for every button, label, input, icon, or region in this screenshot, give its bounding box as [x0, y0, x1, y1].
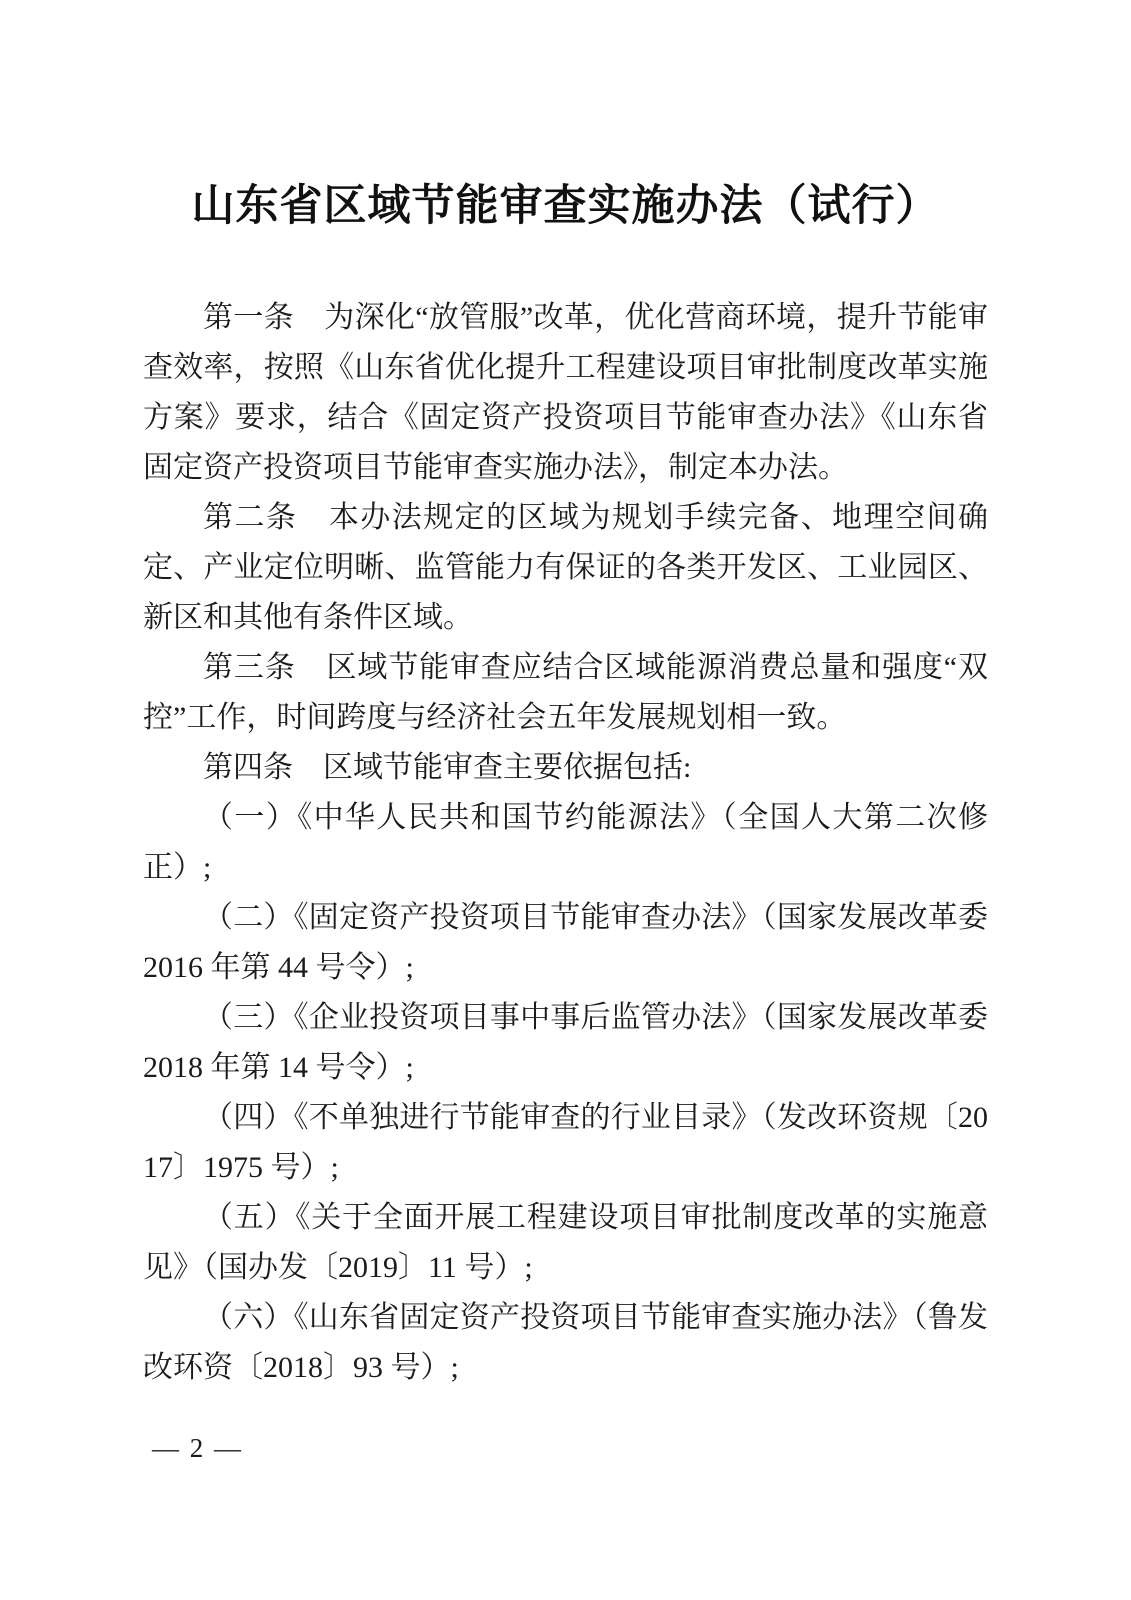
list-item-5: （五）《关于全面开展工程建设项目审批制度改革的实施意见》（国办发〔2019〕11… [143, 1193, 988, 1293]
document-title: 山东省区域节能审查实施办法（试行） [0, 176, 1131, 238]
list-item-6: （六）《山东省固定资产投资项目节能审查实施办法》（鲁发改环资〔2018〕93 号… [143, 1293, 988, 1393]
document-page: 山东省区域节能审查实施办法（试行） 第一条 为深化“放管服”改革，优化营商环境，… [0, 0, 1131, 1600]
list-item-2: （二）《固定资产投资项目节能审查办法》（国家发展改革委 2016 年第 44 号… [143, 893, 988, 993]
list-item-3: （三）《企业投资项目事中事后监管办法》（国家发展改革委 2018 年第 14 号… [143, 993, 988, 1093]
paragraph-article-4: 第四条 区域节能审查主要依据包括: [143, 743, 988, 793]
list-item-4: （四）《不单独进行节能审查的行业目录》（发改环资规〔2017〕1975 号）; [143, 1093, 988, 1193]
page-number: — 2 — [152, 1428, 243, 1468]
list-item-1: （一）《中华人民共和国节约能源法》（全国人大第二次修正）; [143, 793, 988, 893]
paragraph-article-1: 第一条 为深化“放管服”改革，优化营商环境，提升节能审查效率，按照《山东省优化提… [143, 293, 988, 493]
paragraph-article-2: 第二条 本办法规定的区域为规划手续完备、地理空间确定、产业定位明晰、监管能力有保… [143, 493, 988, 643]
paragraph-article-3: 第三条 区域节能审查应结合区域能源消费总量和强度“双控”工作，时间跨度与经济社会… [143, 643, 988, 743]
document-body: 第一条 为深化“放管服”改革，优化营商环境，提升节能审查效率，按照《山东省优化提… [143, 293, 988, 1393]
